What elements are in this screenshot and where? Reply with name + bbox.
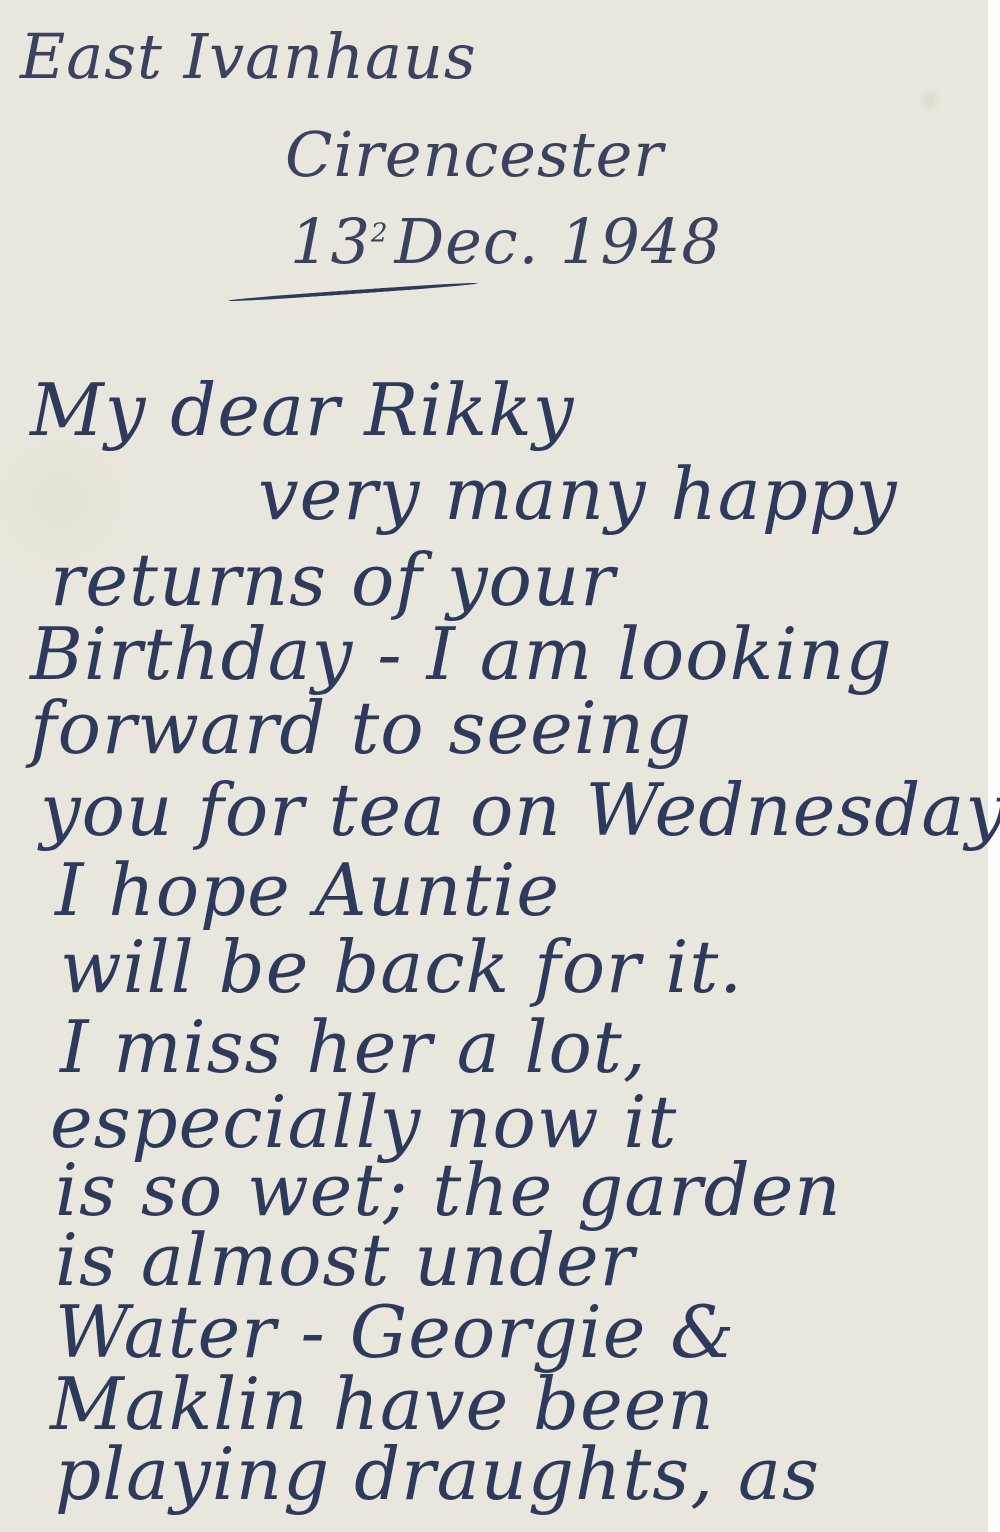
salutation: My dear Rikky: [30, 368, 574, 452]
address-line-1: East Ivanhaus: [20, 20, 477, 93]
date-day: 13: [290, 205, 371, 278]
date-ordinal: 2: [371, 218, 389, 248]
letter-date: 132Dec. 1948: [290, 205, 722, 278]
body-line: you for tea on Wednesday: [40, 768, 1000, 852]
body-line: Birthday - I am looking: [30, 612, 893, 696]
body-line: playing draughts, as: [55, 1432, 820, 1516]
page-edge: [988, 0, 1000, 1532]
body-line: will be back for it.: [60, 925, 743, 1009]
date-rest: Dec. 1948: [394, 205, 721, 278]
body-line: I hope Auntie: [55, 848, 560, 932]
address-line-2: Cirencester: [285, 118, 664, 191]
body-line: I miss her a lot,: [60, 1005, 647, 1089]
body-line: forward to seeing: [30, 686, 692, 770]
body-line: very many happy: [258, 452, 898, 536]
body-line: returns of your: [50, 538, 616, 622]
